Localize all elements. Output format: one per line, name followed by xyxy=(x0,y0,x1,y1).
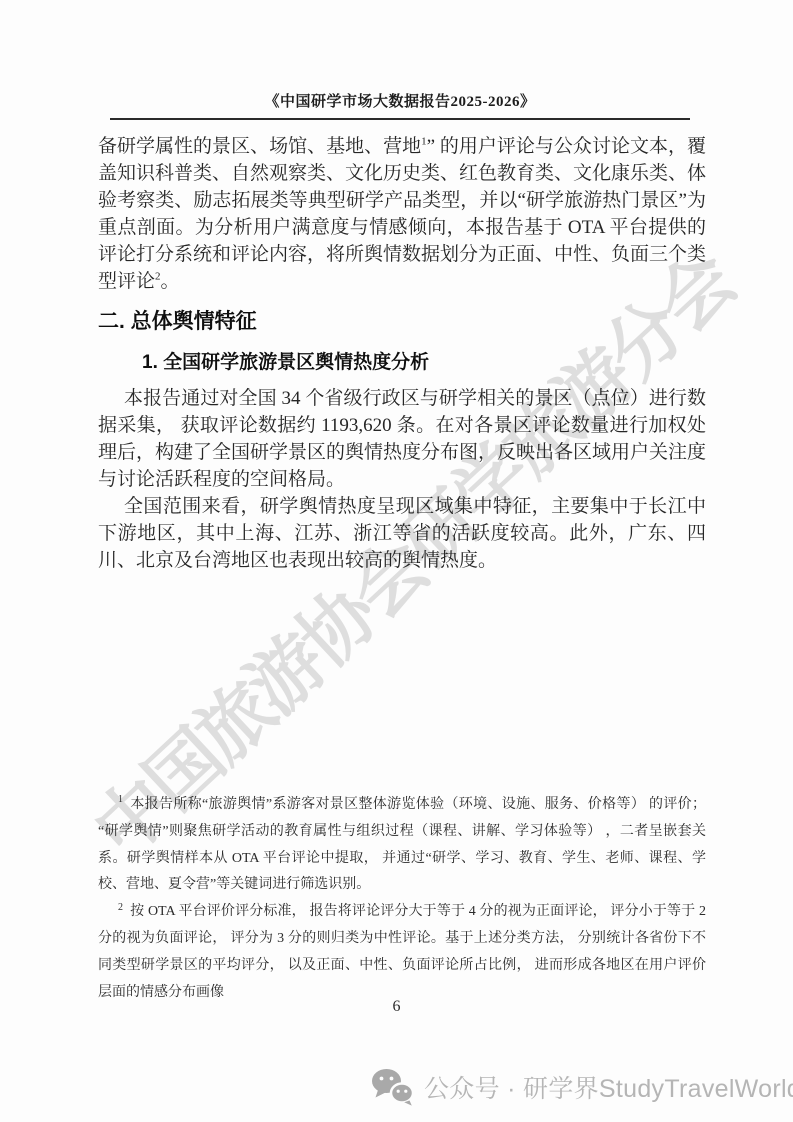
report-title: 《中国研学市场大数据报告2025-2026》 xyxy=(110,90,690,111)
footnote-2-marker: 2 xyxy=(118,902,123,913)
document-page: 中国旅游协会研学旅游分会 《中国研学市场大数据报告2025-2026》 备研学属… xyxy=(0,0,793,1122)
page-header: 《中国研学市场大数据报告2025-2026》 xyxy=(110,90,690,120)
footnote-2: 2按 OTA 平台评价评分标准， 报告将评论评分大于等于 4 分的视为正面评论，… xyxy=(98,899,706,1006)
page-number: 6 xyxy=(0,998,793,1016)
subsection-heading: 1. 全国研学旅游景区舆情热度分析 xyxy=(142,349,706,376)
footnote-1-marker: 1 xyxy=(118,794,123,805)
section-heading: 二. 总体舆情特征 xyxy=(98,308,706,336)
page-footer: 公众号 · 研学界StudyTravelWorld xyxy=(371,1068,793,1106)
paragraph-1-text-a: 备研学属性的景区、场馆、基地、营地 xyxy=(98,136,421,157)
main-content: 备研学属性的景区、场馆、基地、营地1” 的用户评论与公众讨论文本，覆盖知识科普类… xyxy=(98,133,706,574)
paragraph-1-text-c: 。 xyxy=(161,271,180,292)
footer-account-label: 公众号 · 研学界StudyTravelWorld xyxy=(424,1069,793,1105)
wechat-icon xyxy=(371,1068,415,1106)
paragraph-1-text-b: ” 的用户评论与公众讨论文本，覆盖知识科普类、自然观察类、文化历史类、红色教育类… xyxy=(98,136,706,292)
footnote-2-text: 按 OTA 平台评价评分标准， 报告将评论评分大于等于 4 分的视为正面评论， … xyxy=(98,904,706,999)
paragraph-3: 全国范围来看，研学舆情热度呈现区域集中特征，主要集中于长江中下游地区，其中上海、… xyxy=(98,493,706,574)
footnotes-section: 1本报告所称“旅游舆情”系游客对景区整体游览体验（环境、设施、服务、价格等） 的… xyxy=(98,792,706,1006)
paragraph-1: 备研学属性的景区、场馆、基地、营地1” 的用户评论与公众讨论文本，覆盖知识科普类… xyxy=(98,133,706,295)
footnote-1: 1本报告所称“旅游舆情”系游客对景区整体游览体验（环境、设施、服务、价格等） 的… xyxy=(98,792,706,899)
paragraph-2: 本报告通过对全国 34 个省级行政区与研学相关的景区（点位）进行数据采集， 获取… xyxy=(98,385,706,493)
footnote-1-text: 本报告所称“旅游舆情”系游客对景区整体游览体验（环境、设施、服务、价格等） 的评… xyxy=(98,797,706,892)
